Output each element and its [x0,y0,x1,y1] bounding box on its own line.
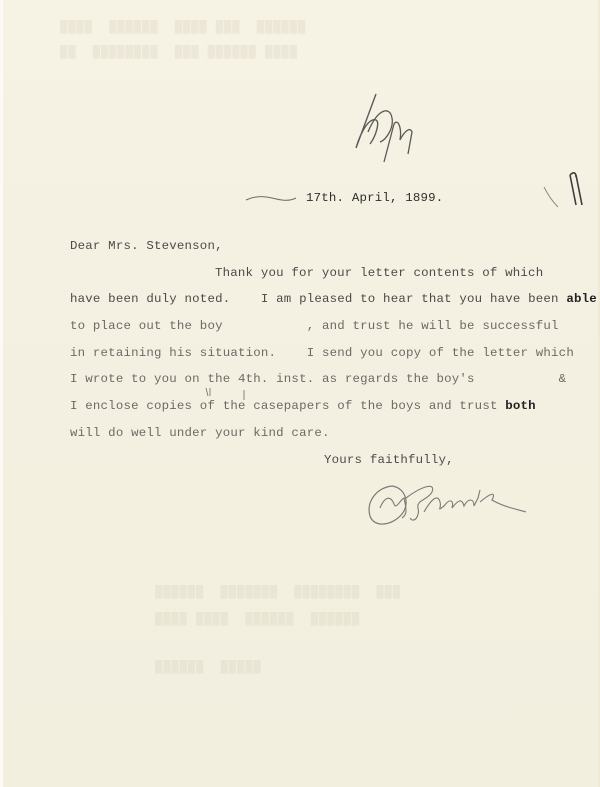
body-line-1: Thank you for your letter contents of wh… [215,266,543,280]
page-edge [0,0,3,787]
insertion-mark [200,386,270,406]
body-line-2: have been duly noted. I am pleased to he… [70,292,597,306]
body-line-6-emphasis: both [505,399,536,413]
bleed-through: ██████ █████ [155,660,262,674]
date-flourish [244,192,304,206]
body-line-6: I enclose copies of the casepapers of th… [70,399,536,413]
body-line-2-emphasis: able [566,292,597,306]
bleed-through: ██ ████████ ███ ██████ ████ [60,45,298,59]
body-line-6-text: I enclose copies of the casepapers of th… [70,399,498,413]
body-line-4: in retaining his situation. I send you c… [70,346,574,360]
body-line-7: will do well under your kind care. [70,426,330,440]
letter-closing: Yours faithfully, [324,453,454,467]
letter-salutation: Dear Mrs. Stevenson, [70,239,223,253]
handwritten-signature [362,478,552,538]
bleed-through: ████ ██████ ████ ███ ██████ [60,20,306,34]
margin-mark [530,165,590,225]
letter-date: 17th. April, 1899. [306,191,443,205]
body-line-3: to place out the boy , and trust he will… [70,319,559,333]
body-line-5: I wrote to you on the 4th. inst. as rega… [70,372,600,386]
letter-page: ████ ██████ ████ ███ ██████ ██ ████████ … [0,0,600,787]
bleed-through: ████ ████ ██████ ██████ [155,612,360,626]
body-line-2-text: have been duly noted. I am pleased to he… [70,292,559,306]
bleed-through: ██████ ███████ ████████ ███ [155,585,401,599]
body-line-5-text: I wrote to you on the 4th. inst. as rega… [70,372,566,386]
handwritten-initials [340,88,440,168]
